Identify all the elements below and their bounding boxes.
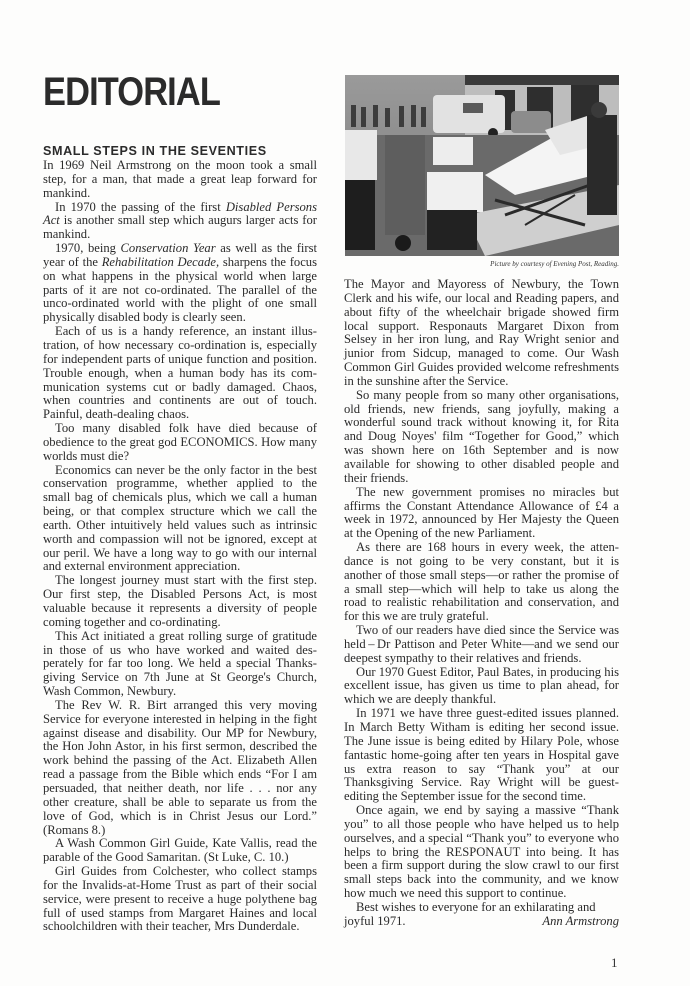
left-column: SMALL STEPS IN THE SEVENTIES In 1969 Nei… [43, 143, 317, 934]
page-number: 1 [611, 955, 618, 971]
paragraph: In 1969 Neil Armstrong on the moon took … [43, 159, 317, 201]
paragraph: So many people from so many other organi… [344, 389, 619, 486]
paragraph: In 1970 the passing of the first Disable… [43, 201, 317, 243]
photo-caption: Picture by courtesy of Evening Post, Rea… [345, 260, 619, 268]
paragraph: This Act initiated a great rolling surge… [43, 630, 317, 699]
emphasis: Conservation Year [121, 241, 216, 255]
text-span: is another small step which augurs large… [43, 213, 317, 241]
photo-illustration [345, 75, 619, 256]
author-signature: Ann Armstrong [542, 915, 619, 929]
paragraph: Two of our readers have died since the S… [344, 624, 619, 666]
text-span: In 1970 the passing of the first [55, 200, 226, 214]
article-heading: SMALL STEPS IN THE SEVENTIES [43, 143, 317, 159]
article-photo [345, 75, 619, 256]
paragraph: The Rev W. R. Birt arranged this very mo… [43, 699, 317, 837]
paragraph: Girl Guides from Colchester, who collect… [43, 865, 317, 934]
paragraph: Our 1970 Guest Editor, Paul Bates, in pr… [344, 666, 619, 708]
paragraph: 1970, being Conservation Year as well as… [43, 242, 317, 325]
paragraph: Too many disabled folk have died because… [43, 422, 317, 464]
emphasis: Rehabilitation Decade, [102, 255, 219, 269]
paragraph: The new government promises no miracles … [344, 486, 619, 541]
right-column: The Mayor and Mayoress of Newbury, the T… [344, 278, 619, 929]
paragraph: In 1971 we have three guest-edited issue… [344, 707, 619, 804]
paragraph: The longest journey must start with the … [43, 574, 317, 629]
paragraph: A Wash Common Girl Guide, Kate Vallis, r… [43, 837, 317, 865]
paragraph: Once again, we end by saying a massive “… [344, 804, 619, 901]
page-title: EDITORIAL [43, 70, 220, 114]
signoff-line: joyful 1971. Ann Armstrong [344, 915, 619, 929]
text-span: 1970, being [55, 241, 121, 255]
closing-paragraph: Best wishes to everyone for an exhilarat… [344, 901, 619, 915]
paragraph: Each of us is a handy reference, an inst… [43, 325, 317, 422]
paragraph: Economics can never be the only factor i… [43, 464, 317, 575]
paragraph: The Mayor and Mayoress of Newbury, the T… [344, 278, 619, 389]
closing-text: joyful 1971. [344, 915, 406, 929]
paragraph: As there are 168 hours in every week, th… [344, 541, 619, 624]
